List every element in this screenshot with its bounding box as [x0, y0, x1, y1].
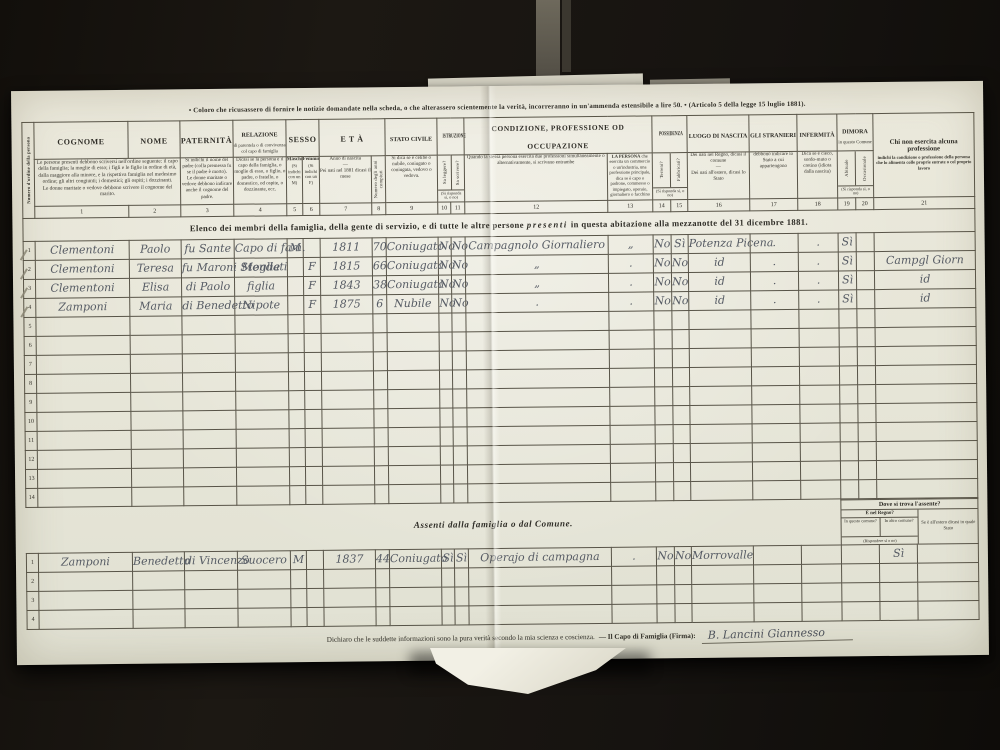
cell-in-altro-comune — [880, 601, 918, 620]
declaration-line: Dichiaro che le suddette informazioni so… — [27, 625, 979, 650]
cell-cognome — [37, 430, 131, 450]
cell-anno-nascita: 1837 — [323, 550, 375, 570]
cell-stranieri — [753, 545, 801, 565]
cell-maschi — [287, 277, 303, 296]
cell-relazione — [236, 391, 289, 411]
cell-stato-civile — [388, 446, 440, 466]
cell-condizione: . — [466, 292, 609, 312]
cell-infermita: . — [799, 290, 839, 309]
col-number: 8 — [372, 203, 386, 215]
cell-fabbricati — [672, 330, 689, 349]
cell-luogo-nascita — [690, 424, 752, 444]
cell-terreni — [657, 585, 675, 604]
cell-infermita — [800, 442, 840, 461]
row-number: 13 — [25, 469, 37, 488]
cell-anni: 70 — [372, 238, 386, 257]
cell-la-persona: . — [608, 254, 653, 273]
cell-relazione — [236, 429, 289, 449]
cell-condizione — [469, 604, 612, 624]
cell-femmina — [304, 352, 321, 371]
cell-maschi — [291, 608, 307, 627]
note-condizione: Quando la stessa persona esercita due pr… — [464, 153, 607, 201]
cell-nome — [130, 316, 182, 336]
cell-condizione: Campagnolo Giornaliero — [465, 235, 608, 255]
cell-nome: Benedetto — [132, 552, 184, 572]
cell-occasionale — [856, 271, 874, 290]
cell-maschi — [288, 296, 304, 315]
cell-condizione — [469, 566, 612, 586]
col-number: 11 — [451, 202, 465, 214]
col-se-estero: Se è all'estero dicasi in quale Stato — [919, 509, 978, 544]
cell-sa-scrivere: No — [452, 294, 466, 313]
cell-relazione — [237, 486, 290, 506]
cell-sa-scrivere — [452, 351, 466, 370]
cell-stranieri — [753, 480, 801, 500]
col-number: 2 — [129, 205, 181, 218]
cell-paternita — [182, 353, 235, 373]
cell-occasionale — [857, 366, 875, 385]
cell-cognome: Zamponi — [38, 552, 132, 572]
cell-luogo-nascita — [692, 603, 754, 623]
cell-anno-nascita — [324, 569, 376, 589]
cell-relazione — [235, 334, 288, 354]
cell-sa-scrivere — [453, 427, 467, 446]
cell-cognome — [37, 411, 131, 431]
cell-terreni — [655, 387, 673, 406]
cell-anno-nascita — [324, 607, 376, 627]
cell-la-persona — [610, 406, 655, 425]
cell-occasionale — [856, 233, 874, 252]
row-number: 7 — [24, 355, 36, 374]
cell-anno-nascita: 1875 — [321, 295, 373, 315]
cell-abituale — [839, 328, 857, 347]
cell-nome — [131, 468, 183, 488]
cell-sa-leggere — [442, 568, 455, 587]
cell-fabbricati — [672, 311, 689, 330]
cell-sa-scrivere — [452, 332, 466, 351]
cell-terreni — [656, 482, 674, 501]
cell-relazione: Suocero — [237, 551, 290, 571]
cell-femmina — [305, 466, 322, 485]
cell-se-estero — [918, 543, 979, 563]
cell-fabbricati: No — [672, 292, 689, 311]
cell-relazione — [235, 353, 288, 373]
cell-relazione — [238, 570, 291, 590]
cell-in-altro-comune — [880, 563, 918, 582]
cell-femmina — [306, 550, 323, 569]
cell-anno-nascita — [321, 371, 373, 391]
cell-maschi — [289, 429, 305, 448]
cell-anni — [374, 409, 388, 428]
cell-stato-civile — [390, 606, 442, 626]
note-stranieri: debbono indicare lo Stato a cui apparten… — [749, 151, 797, 199]
cell-sa-leggere — [439, 332, 452, 351]
cell-sa-leggere: No — [438, 275, 451, 294]
col-header-stranieri: GLI STRANIERI — [749, 114, 797, 152]
col-header-infermita: INFERMITÀ — [797, 114, 837, 151]
cell-paternita: di Vincenzo — [184, 551, 237, 571]
cell-sa-scrivere — [453, 465, 467, 484]
cell-sa-leggere — [439, 351, 452, 370]
col-header-paternita: PATERNITÀ — [180, 120, 233, 158]
note-paternita: Si indichi il nome del padre (colla prem… — [180, 157, 233, 205]
col-occasionale: Occasionale — [855, 151, 873, 185]
cell-paternita: fu Maroni Stendati — [181, 258, 234, 278]
cell-stato-civile — [388, 408, 440, 428]
cell-sa-leggere — [442, 606, 455, 625]
cell-condizione: Operajo di campagna — [468, 547, 611, 567]
declaration-text: Dichiaro che le suddette informazioni so… — [327, 633, 595, 644]
col-maschi: Maschi(Si indichi con un M) — [286, 157, 302, 204]
cell-stato-civile: Coniugata — [386, 256, 438, 276]
cell-infermita: . — [798, 252, 838, 271]
cell-femmina — [304, 371, 321, 390]
cell-occasionale — [858, 385, 876, 404]
cell-chi-non-esercita — [876, 460, 977, 480]
cell-condizione: „ — [465, 273, 608, 293]
cell-paternita — [185, 589, 238, 609]
cell-luogo-nascita — [690, 462, 752, 482]
col-number: 9 — [386, 202, 438, 215]
cell-anni — [375, 485, 389, 504]
cell-la-persona — [610, 387, 655, 406]
cell-stranieri — [752, 385, 800, 405]
cell-anni — [373, 371, 387, 390]
census-main-table: Numero d'ordine della persona COGNOME NO… — [21, 112, 978, 508]
cell-sa-leggere — [439, 313, 452, 332]
col-header-condizione: CONDIZIONE, PROFESSIONE OD OCCUPAZIONE — [464, 116, 652, 155]
col-number: 14 — [653, 200, 671, 212]
cell-occasionale — [858, 461, 876, 480]
cell-abituale — [840, 385, 858, 404]
cell-infermita — [801, 545, 841, 564]
cell-nome — [130, 354, 182, 374]
cell-stato-civile: Coniugata — [386, 275, 438, 295]
cell-sa-leggere: Sì — [441, 549, 454, 568]
cell-condizione — [467, 406, 610, 426]
row-number: 6 — [24, 336, 36, 355]
cell-maschi — [288, 372, 304, 391]
cell-cognome — [39, 609, 133, 629]
cell-condizione: „ — [465, 254, 608, 274]
cell-fabbricati — [672, 368, 689, 387]
cell-in-questo-comune — [842, 564, 880, 583]
cell-cognome — [37, 468, 131, 488]
cell-stranieri — [751, 347, 799, 367]
cell-paternita: fu Sante — [181, 239, 234, 259]
col-number: 17 — [750, 198, 798, 211]
cell-maschi — [289, 448, 305, 467]
cell-stranieri — [752, 423, 800, 443]
cell-occasionale — [859, 480, 877, 499]
subcols-dimora: Abituale Occasionale (Si risponda sì, o … — [837, 151, 873, 198]
firma-label: — Il Capo di Famiglia (Firma): — [599, 632, 696, 641]
cell-terreni: No — [653, 235, 671, 254]
cell-terreni: No — [653, 273, 671, 292]
col-number: 20 — [856, 198, 874, 210]
cell-relazione: figlia — [234, 277, 287, 297]
cell-cognome: Clementoni — [35, 278, 129, 298]
cell-anni — [376, 588, 390, 607]
cell-cognome — [38, 487, 132, 507]
cell-maschi — [289, 410, 305, 429]
cell-stranieri — [751, 366, 799, 386]
cell-anno-nascita — [322, 390, 374, 410]
cell-maschi — [288, 315, 304, 334]
cell-nome — [132, 487, 184, 507]
cell-chi-non-esercita — [877, 479, 978, 499]
cell-nome: Maria — [130, 297, 182, 317]
cell-nome — [131, 411, 183, 431]
cell-nome — [133, 609, 185, 629]
row-number: 14 — [26, 488, 38, 507]
cell-stato-civile — [390, 587, 442, 607]
cell-relazione — [236, 448, 289, 468]
cell-anni — [376, 607, 390, 626]
cell-condizione — [466, 349, 609, 369]
cell-relazione: Moglie — [234, 258, 287, 278]
cell-cognome — [36, 335, 130, 355]
col-header-sesso: SESSO — [286, 119, 319, 156]
cell-femmina — [307, 569, 324, 588]
cell-sa-leggere — [441, 484, 454, 503]
cell-sa-scrivere: No — [451, 275, 465, 294]
cell-in-questo-comune — [842, 583, 880, 602]
cell-terreni — [654, 349, 672, 368]
cell-stranieri: . — [751, 290, 799, 310]
cell-terreni: No — [656, 547, 674, 566]
cell-nome — [133, 590, 185, 610]
cell-sa-leggere: No — [438, 237, 451, 256]
cell-stato-civile — [387, 370, 439, 390]
cell-relazione: Nipote — [235, 296, 288, 316]
cell-anno-nascita — [322, 409, 374, 429]
cell-la-persona — [610, 425, 655, 444]
col-terreni: Terreni? — [653, 153, 670, 187]
cell-anno-nascita — [322, 447, 374, 467]
cell-infermita — [799, 309, 839, 328]
cell-anno-nascita — [321, 333, 373, 353]
col-abituale: Abituale — [838, 151, 855, 185]
row-number: 10 — [25, 412, 37, 431]
cell-in-questo-comune — [842, 602, 880, 621]
cell-chi-non-esercita — [876, 403, 977, 423]
cell-abituale — [840, 461, 858, 480]
cell-terreni: No — [654, 292, 672, 311]
subcols-istruzione: Sa leggere? Sa scrivere? (Si risponda sì… — [437, 155, 464, 202]
cell-paternita — [183, 448, 236, 468]
cell-anni — [373, 314, 387, 333]
cell-sa-scrivere — [455, 568, 469, 587]
col-header-eta: E T À — [319, 119, 385, 157]
cell-luogo-nascita — [692, 584, 754, 604]
cell-terreni — [657, 604, 675, 623]
cell-paternita — [183, 467, 236, 487]
cell-cognome — [36, 316, 130, 336]
col-number: 4 — [234, 204, 287, 217]
cell-infermita — [800, 461, 840, 480]
cell-fabbricati: No — [674, 547, 691, 566]
cell-chi-non-esercita — [874, 232, 975, 252]
cell-nome — [133, 571, 185, 591]
note-luogo-nascita: Dei nati nel Regno, dicasi il comune — D… — [687, 152, 749, 200]
cell-paternita — [182, 372, 235, 392]
cell-maschi — [291, 570, 307, 589]
cell-sa-leggere — [440, 408, 453, 427]
cell-infermita — [799, 366, 839, 385]
cell-anno-nascita — [323, 485, 375, 505]
cell-stranieri — [752, 461, 800, 481]
col-header-stato-civile: STATO CIVILE — [385, 118, 437, 156]
col-header-dimora: DIMORA in questo Comune — [837, 114, 873, 151]
cell-la-persona: . — [609, 292, 654, 311]
cell-chi-non-esercita — [875, 365, 976, 385]
cell-sa-leggere — [442, 587, 455, 606]
cell-maschi: M — [290, 551, 306, 570]
cell-condizione — [467, 425, 610, 445]
cell-la-persona — [611, 482, 656, 501]
col-number: 18 — [798, 198, 838, 210]
cell-anni — [373, 352, 387, 371]
cell-anni: 38 — [372, 276, 386, 295]
cell-occasionale — [857, 290, 875, 309]
cell-fabbricati — [672, 349, 689, 368]
cell-luogo-nascita — [689, 348, 751, 368]
cell-abituale: Sì — [838, 252, 856, 271]
cell-terreni — [654, 311, 672, 330]
cell-paternita — [182, 315, 235, 335]
cell-infermita — [800, 385, 840, 404]
cell-stranieri — [754, 583, 802, 603]
cell-femmina — [307, 607, 324, 626]
cell-sa-scrivere: No — [451, 256, 465, 275]
cell-maschi — [290, 486, 306, 505]
cell-femmina — [303, 238, 320, 257]
cell-luogo-nascita — [690, 386, 752, 406]
col-number: 5 — [287, 204, 303, 216]
cell-cognome: Clementoni — [35, 240, 129, 260]
col-sa-scrivere: Sa scrivere? — [450, 155, 464, 189]
col-number: 15 — [671, 200, 688, 212]
cell-stranieri — [752, 442, 800, 462]
col-header-possidenza: POSSIDENZA — [652, 116, 687, 153]
cell-se-estero — [918, 562, 979, 582]
cell-cognome — [39, 571, 133, 591]
cell-maschi — [288, 334, 304, 353]
cell-anni — [374, 447, 388, 466]
cell-relazione: Capo di fam. — [234, 239, 287, 259]
col-number: 19 — [838, 198, 856, 210]
cell-cognome — [37, 449, 131, 469]
col-number: 16 — [688, 199, 750, 212]
census-form-sheet: • Coloro che ricusassero di fornire le n… — [11, 81, 989, 665]
cell-condizione — [466, 311, 609, 331]
risponda-note: (Rispondere sì o no) — [842, 536, 918, 545]
cell-relazione — [238, 589, 291, 609]
cell-anni — [373, 333, 387, 352]
col-number: 13 — [608, 200, 653, 212]
col-header-luogo-nascita: LUOGO DI NASCITA — [687, 115, 749, 153]
cell-stato-civile — [387, 351, 439, 371]
cell-nome — [131, 430, 183, 450]
row-number: 12 — [25, 450, 37, 469]
cell-la-persona — [609, 349, 654, 368]
cell-sa-scrivere — [452, 313, 466, 332]
cell-chi-non-esercita: Campgl Giorn — [874, 251, 975, 271]
note-stato-civile: Si dica se è celibe o nubile, coniugato … — [385, 155, 437, 203]
cell-se-estero — [918, 581, 979, 601]
cell-chi-non-esercita — [876, 422, 977, 442]
cell-abituale — [840, 404, 858, 423]
row-number: 2 — [27, 572, 39, 591]
col-header-relazione: RELAZIONE di parentela o di convivenza c… — [233, 120, 286, 158]
scanner-background-strip — [562, 0, 571, 72]
cell-cognome — [36, 373, 130, 393]
cell-stato-civile — [389, 484, 441, 504]
cell-stranieri — [752, 404, 800, 424]
row-number: 4 — [27, 610, 39, 629]
present-rows: 1 Clementoni Paolo fu Sante Capo di fam.… — [23, 232, 978, 508]
cell-femmina — [304, 314, 321, 333]
cell-stranieri — [754, 564, 802, 584]
cell-nome: Teresa — [129, 259, 181, 279]
cell-terreni — [654, 330, 672, 349]
cell-maschi — [288, 353, 304, 372]
cell-terreni — [654, 368, 672, 387]
cell-abituale: Sì — [838, 271, 856, 290]
cell-femmina — [305, 428, 322, 447]
cell-la-persona — [609, 330, 654, 349]
cell-condizione — [467, 463, 610, 483]
col-anno-nascita: Anno di nascita — Pei nati nel 1881 dica… — [319, 156, 371, 204]
cell-stranieri — [754, 602, 802, 622]
cell-sa-scrivere: Sì — [454, 549, 468, 568]
cell-abituale — [839, 347, 857, 366]
cell-condizione — [469, 585, 612, 605]
cell-fabbricati: No — [671, 273, 688, 292]
cell-nome: Elisa — [129, 278, 181, 298]
cell-anno-nascita: 1815 — [320, 257, 372, 277]
cell-anno-nascita — [321, 352, 373, 372]
col-fabbricati: Fabbricati? — [669, 153, 687, 187]
row-number: 3 — [27, 591, 39, 610]
cell-occasionale — [857, 328, 875, 347]
cell-infermita — [800, 404, 840, 423]
cell-abituale: Sì — [839, 290, 857, 309]
cell-la-persona: „ — [608, 235, 653, 254]
subcols-possidenza: Terreni? Fabbricati? (Si risponda sì, o … — [652, 153, 687, 200]
col-header-chi-non-esercita: Chi non esercita alcuna professione indi… — [873, 113, 975, 198]
cell-sa-leggere — [440, 427, 453, 446]
cell-femmina — [305, 409, 322, 428]
cell-in-altro-comune — [880, 582, 918, 601]
cell-chi-non-esercita — [875, 327, 976, 347]
cell-nome — [130, 335, 182, 355]
cell-fabbricati — [673, 406, 690, 425]
col-sa-leggere: Sa leggere? — [438, 156, 451, 190]
col-anni-compiuti: Numero degli anni compiuti — [371, 156, 386, 203]
cell-paternita: di Benedetto — [182, 296, 235, 316]
cell-femmina: F — [303, 257, 320, 276]
cell-la-persona — [610, 463, 655, 482]
cell-cognome — [37, 392, 131, 412]
cell-fabbricati — [675, 604, 692, 623]
cell-stranieri — [751, 328, 799, 348]
cell-la-persona — [612, 566, 657, 585]
absent-table: Assenti dalla famiglia o dal Comune. Dov… — [25, 498, 979, 630]
cell-chi-non-esercita — [875, 346, 976, 366]
cell-chi-non-esercita — [876, 384, 977, 404]
